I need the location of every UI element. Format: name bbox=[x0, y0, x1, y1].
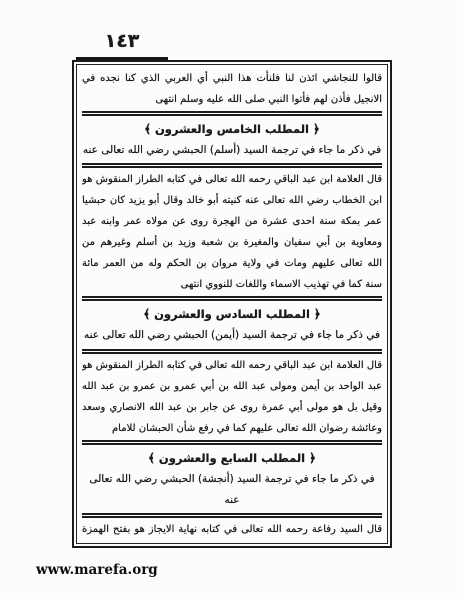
text-line: قالوا للنجاشي ائذن لنا فلنأت هذا النبي أ… bbox=[82, 68, 382, 89]
intro-paragraph: قالوا للنجاشي ائذن لنا فلنأت هذا النبي أ… bbox=[82, 68, 382, 110]
section-26-heading: ﴿ المطلب السادس والعشرون ﴾ في ذكر ما جاء… bbox=[82, 302, 382, 347]
section-divider bbox=[82, 513, 382, 518]
section-25-body: قال العلامة ابن عبد الباقي رحمه الله تعا… bbox=[82, 169, 382, 295]
page-frame: قالوا للنجاشي ائذن لنا فلنأت هذا النبي أ… bbox=[72, 60, 392, 548]
text-line: قال العلامة ابن عبد الباقي رحمه الله تعا… bbox=[82, 355, 382, 376]
watermark-url: www.marefa.org bbox=[36, 562, 158, 578]
section-divider bbox=[82, 440, 382, 445]
section-title: ﴿ المطلب السابع والعشرون ﴾ bbox=[82, 447, 382, 469]
section-title: ﴿ المطلب الخامس والعشرون ﴾ bbox=[82, 118, 382, 140]
text-line: عبد الواحد بن أيمن ومولى عبد الله بن أبي… bbox=[82, 376, 382, 397]
text-line: عمر بمكة سنة احدى عشرة من الهجرة روى عن … bbox=[82, 211, 382, 232]
section-title: ﴿ المطلب السادس والعشرون ﴾ bbox=[82, 303, 382, 325]
section-divider bbox=[82, 163, 382, 168]
section-26-body: قال العلامة ابن عبد الباقي رحمه الله تعا… bbox=[82, 355, 382, 439]
section-27-heading: ﴿ المطلب السابع والعشرون ﴾ في ذكر ما جاء… bbox=[82, 446, 382, 512]
section-25-heading: ﴿ المطلب الخامس والعشرون ﴾ في ذكر ما جاء… bbox=[82, 117, 382, 162]
section-divider bbox=[82, 111, 382, 116]
text-line: سنة كما في تهذيب الاسماء واللغات للنووي … bbox=[82, 274, 382, 295]
text-line: وعائشة رضوان الله تعالى عليهم كما في رفع… bbox=[82, 418, 382, 439]
section-subtitle: في ذكر ما جاء في ترجمة السيد (أسلم) الحب… bbox=[82, 140, 382, 161]
section-27-body: قال السيد رفاعة رحمه الله تعالى في كتابه… bbox=[82, 519, 382, 540]
section-divider bbox=[82, 296, 382, 301]
section-divider bbox=[82, 349, 382, 354]
section-subtitle: في ذكر ما جاء في ترجمة السيد (أيمن) الحب… bbox=[82, 325, 382, 346]
text-line: ومعاوية بن أبي سفيان والمغيرة بن شعبة وز… bbox=[82, 232, 382, 253]
text-line: قال العلامة ابن عبد الباقي رحمه الله تعا… bbox=[82, 169, 382, 190]
section-subtitle: في ذكر ما جاء في ترجمة السيد (أنجشة) الح… bbox=[82, 469, 382, 511]
text-line: الله تعالى عليهم ومات في ولاية مروان بن … bbox=[82, 253, 382, 274]
page-number: ١٤٣ bbox=[76, 30, 168, 60]
text-line: الانجيل فأذن لهم فأتوا النبي صلى الله عل… bbox=[82, 89, 382, 110]
text-line: وقيل بل هو مولى أبي عمرة روى عن جابر بن … bbox=[82, 397, 382, 418]
text-line: ابن الخطاب رضي الله تعالى عنه كنيته أبو … bbox=[82, 190, 382, 211]
page-frame-inner: قالوا للنجاشي ائذن لنا فلنأت هذا النبي أ… bbox=[76, 64, 388, 544]
text-line: قال السيد رفاعة رحمه الله تعالى في كتابه… bbox=[82, 519, 382, 540]
scanned-book-page: ١٤٣ قالوا للنجاشي ائذن لنا فلنأت هذا الن… bbox=[0, 0, 463, 599]
